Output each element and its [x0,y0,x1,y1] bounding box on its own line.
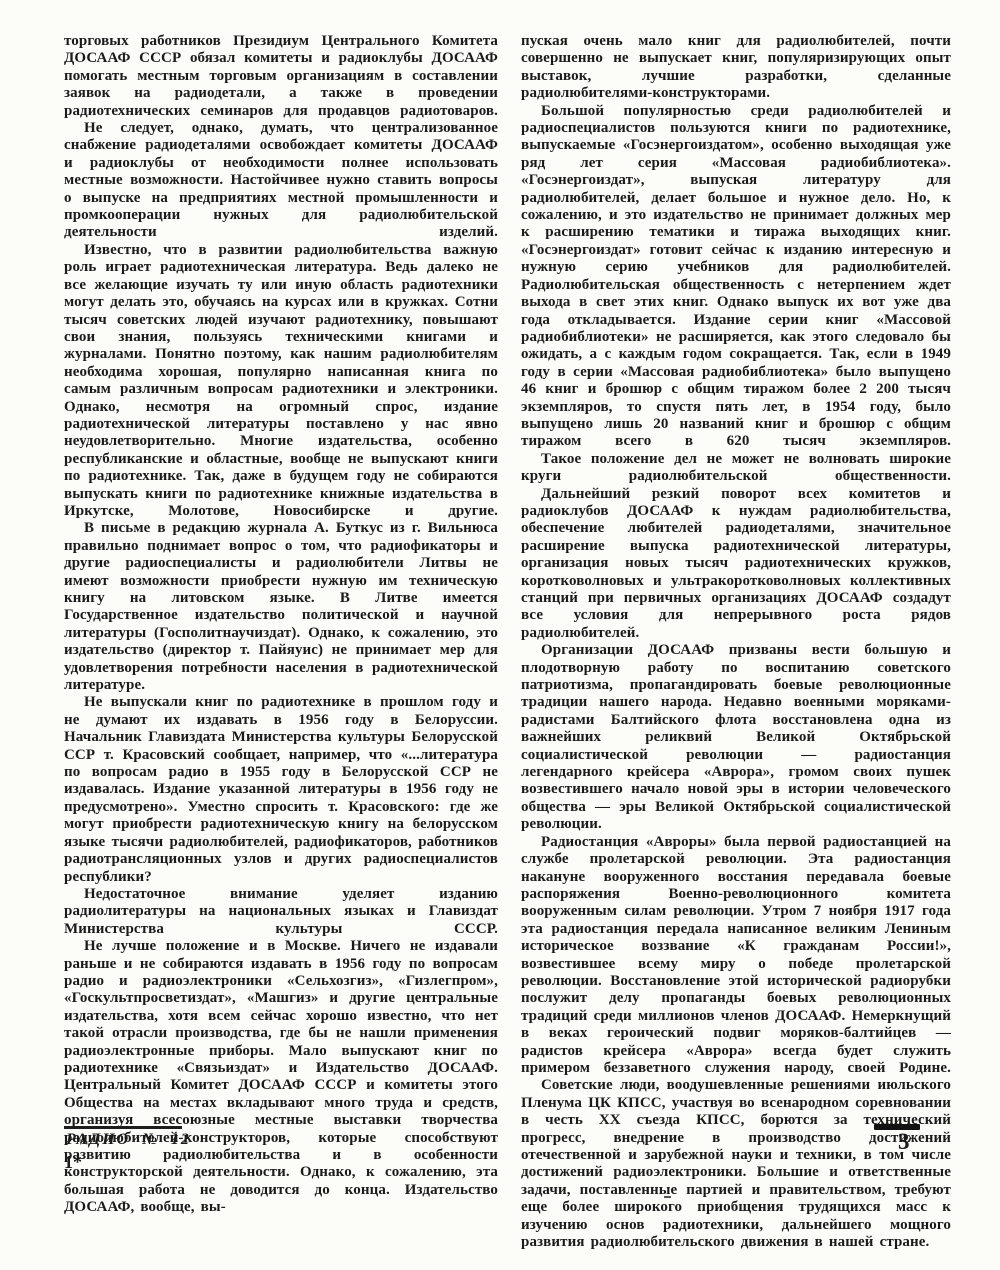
left-column: торговых работников Президиум Центрально… [64,33,498,1217]
scanned-magazine-page: торговых работников Президиум Центрально… [0,0,1000,1270]
paragraph: пуская очень мало книг для радиолюбителе… [521,33,951,103]
paragraph: Не следует, однако, думать, что централи… [64,120,498,242]
paragraph: Дальнейший резкий поворот всех комитетов… [521,486,951,643]
page-number-rule [874,1124,920,1130]
page-number: 3 [898,1129,910,1155]
right-column: пуская очень мало книг для радиолюбителе… [521,33,951,1251]
scan-artifact [664,1196,671,1198]
paragraph: Недостаточное внимание уделяет изданию р… [64,886,498,938]
paragraph: Не выпускали книг по радиотехнике в прош… [64,694,498,885]
paragraph: Радиостанция «Авроры» была первой радиос… [521,834,951,1078]
paragraph: Советские люди, воодушевленные решениями… [521,1077,951,1251]
footer-rule [64,1126,182,1129]
paragraph: Такое положение дел не может не волноват… [521,451,951,486]
paragraph: Организации ДОСААФ призваны вести большу… [521,642,951,833]
journal-issue-label: РАДИО № 12 [66,1131,191,1149]
paragraph: торговых работников Президиум Центрально… [64,33,498,120]
paragraph: Известно, что в развитии радиолюбительст… [64,242,498,521]
paragraph: В письме в редакцию журнала А. Буткус из… [64,520,498,694]
printer-signature-mark: 1* [64,1152,82,1173]
paragraph: Большой популярностью среди радиолюбител… [521,103,951,451]
paragraph: Не лучше положение и в Москве. Ничего не… [64,938,498,1217]
